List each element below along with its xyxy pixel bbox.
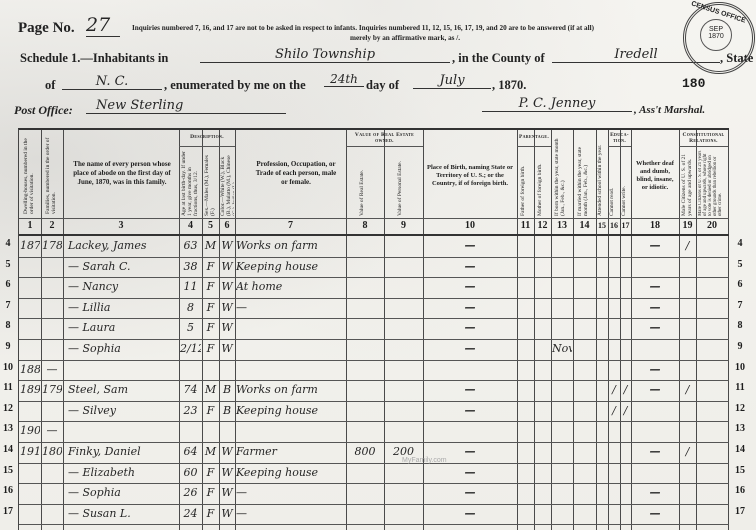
cell-birthplace: —: [424, 340, 516, 358]
col-header-3: The name of every person whose place of …: [69, 160, 175, 187]
cell-family: 180: [42, 443, 62, 461]
row-divider: [19, 421, 729, 422]
cell-citizen: /: [680, 443, 695, 461]
cell-birthplace: —: [424, 319, 516, 337]
col-num-2: 2: [41, 218, 63, 234]
col-num-8: 8: [346, 218, 384, 234]
township-field: Shilo Township: [200, 47, 450, 63]
cell-color: W: [220, 464, 234, 482]
col-header-15: Attended school within the year.: [597, 136, 607, 216]
cell-sex: F: [203, 505, 218, 523]
line-number-right: 16: [732, 485, 748, 496]
page-number: 27: [86, 14, 120, 37]
cell-infirmity: —: [632, 319, 678, 337]
cell-sex: F: [203, 464, 218, 482]
line-number-right: 10: [732, 362, 748, 373]
col-num-5: 5: [202, 218, 219, 234]
cell-age: 64: [180, 443, 201, 461]
cell-citizen: /: [680, 381, 695, 399]
cell-cannot-write: /: [621, 381, 630, 399]
post-office-label: Post Office:: [14, 103, 73, 118]
col-num-1: 1: [19, 218, 41, 234]
cell-name: — Lillia: [64, 299, 182, 317]
cell-infirmity: —: [632, 484, 678, 502]
stamp-number: 180: [682, 76, 705, 91]
year-label: , 1870.: [492, 78, 526, 93]
line-number-left: 17: [0, 506, 16, 517]
cell-born-month: Nov: [552, 340, 572, 358]
of-label: of: [45, 78, 55, 93]
cell-dwelling: 187: [20, 237, 40, 255]
line-number-right: 9: [732, 341, 748, 352]
cell-name: — Sophia: [64, 484, 182, 502]
col-num-11: 11: [517, 218, 534, 234]
cell-name: Finky, Daniel: [64, 443, 182, 461]
cell-age: 74: [180, 381, 201, 399]
inquiry-note: Inquiries numbered 7, 16, and 17 are not…: [132, 24, 594, 32]
cell-birthplace: —: [424, 237, 516, 255]
cell-color: W: [220, 237, 234, 255]
cell-infirmity: —: [632, 505, 678, 523]
stamp-date: SEP 1870: [700, 19, 732, 51]
col-num-7: 7: [235, 218, 346, 234]
census-office-stamp: CENSUS OFFICE SEP 1870: [683, 2, 755, 74]
line-number-right: 6: [732, 279, 748, 290]
cell-age: 38: [180, 258, 201, 276]
col-header-16: Cannot read.: [609, 170, 619, 216]
line-number-right: 4: [732, 238, 748, 249]
cell-sex: F: [203, 278, 218, 296]
col-header-12: Mother of foreign birth.: [537, 152, 549, 216]
col-header-5: Sex.—Males (M.), Females (F.): [204, 150, 218, 216]
cell-name: — Elizabeth: [64, 464, 182, 482]
line-number-left: 8: [0, 320, 16, 331]
month-field: July: [413, 73, 491, 89]
col-num-18: 18: [631, 218, 679, 234]
col-num-6: 6: [219, 218, 235, 234]
cell-name: Steel, Sam: [64, 381, 182, 399]
cell-birthplace: —: [424, 299, 516, 317]
watermark: MyFamily.com: [402, 457, 447, 464]
cell-occupation: —: [236, 484, 345, 502]
line-number-right: 7: [732, 300, 748, 311]
col-header-2: Families, numbered in the order of visit…: [45, 136, 61, 214]
col-header-13: If born within the year, state month (Ja…: [554, 136, 571, 216]
cell-age: 2/12: [180, 340, 201, 358]
cell-sex: M: [203, 237, 218, 255]
cell-occupation: Keeping house: [236, 258, 345, 276]
line-number-left: 14: [0, 444, 16, 455]
row-divider: [19, 524, 729, 525]
col-header-1: Dwelling-houses, numbered in the order o…: [23, 136, 39, 214]
line-number-left: 12: [0, 403, 16, 414]
group-parentage: Parentage.: [517, 134, 551, 140]
cell-dwelling: 189: [20, 381, 40, 399]
cell-family: 179: [42, 381, 62, 399]
cell-name: — Susan L.: [64, 505, 182, 523]
cell-birthplace: —: [424, 464, 516, 482]
cell-age: 24: [180, 505, 201, 523]
cell-color: W: [220, 505, 234, 523]
group-education: Educa-tion.: [608, 132, 631, 144]
cell-birthplace: —: [424, 258, 516, 276]
col-num-15: 15: [596, 218, 608, 234]
page-label: Page No.: [18, 20, 75, 37]
cell-cannot-read: /: [609, 381, 619, 399]
line-number-right: 15: [732, 465, 748, 476]
col-num-10: 10: [423, 218, 517, 234]
cell-age: 23: [180, 402, 201, 420]
col-num-9: 9: [384, 218, 423, 234]
cell-citizen: /: [680, 237, 695, 255]
cell-infirmity: —: [632, 443, 678, 461]
census-table: Description. Value of Real Estate owned.…: [18, 128, 729, 530]
cell-infirmity: —: [632, 381, 678, 399]
cell-sex: F: [203, 402, 218, 420]
line-number-right: 5: [732, 259, 748, 270]
cell-occupation: —: [236, 299, 345, 317]
cell-age: 8: [180, 299, 201, 317]
cell-color: W: [220, 443, 234, 461]
line-number-left: 11: [0, 382, 16, 393]
line-number-left: 15: [0, 465, 16, 476]
col-header-10: Place of Birth, naming State or Territor…: [427, 164, 513, 188]
cell-name: — Sophia: [64, 340, 182, 358]
cell-name: Lackey, James: [64, 237, 182, 255]
cell-infirmity: —: [632, 299, 678, 317]
stamp-year: 1870: [701, 33, 731, 40]
cell-name: — Nancy: [64, 278, 182, 296]
col-header-4: Age at last birth-day. If under 1 year, …: [181, 150, 201, 216]
cell-sex: F: [203, 299, 218, 317]
cell-birthplace: —: [424, 505, 516, 523]
cell-occupation: Keeping house: [236, 464, 345, 482]
cell-color: W: [220, 278, 234, 296]
col-num-13: 13: [551, 218, 573, 234]
col-header-7: Profession, Occupation, or Trade of each…: [255, 160, 337, 187]
cell-occupation: Keeping house: [236, 402, 345, 420]
cell-real-estate: 800: [347, 443, 383, 461]
group-real-estate: Value of Real Estate owned.: [346, 132, 423, 144]
cell-infirmity: —: [632, 361, 678, 379]
post-office-field: New Sterling: [86, 98, 286, 114]
cell-birthplace: —: [424, 484, 516, 502]
col-num-20: 20: [696, 218, 728, 234]
cell-color: W: [220, 319, 234, 337]
cell-color: W: [220, 258, 234, 276]
line-number-left: 9: [0, 341, 16, 352]
schedule-label: Schedule 1.—Inhabitants in: [20, 51, 168, 66]
line-number-left: 13: [0, 423, 16, 434]
marshal-signature: P. C. Jenney: [482, 96, 632, 112]
cell-occupation: At home: [236, 278, 345, 296]
county-label: , in the County of: [452, 51, 545, 66]
enumerated-label: , enumerated by me on the: [164, 78, 306, 93]
cell-occupation: Farmer: [236, 443, 345, 461]
cell-color: B: [220, 402, 234, 420]
cell-birthplace: —: [424, 381, 516, 399]
col-header-14: If married within the year, state month …: [577, 136, 594, 216]
cell-occupation: —: [236, 505, 345, 523]
row-divider: [19, 360, 729, 361]
cell-cannot-write: /: [621, 402, 630, 420]
marshal-label: , Ass't Marshal.: [634, 104, 705, 116]
cell-sex: F: [203, 484, 218, 502]
cell-age: 60: [180, 464, 201, 482]
group-description: Description.: [179, 134, 235, 140]
cell-name: — Silvey: [64, 402, 182, 420]
cell-dwelling: 191: [20, 443, 40, 461]
col-header-18: Whether deaf and dumb, blind, insane, or…: [633, 160, 677, 192]
line-number-left: 10: [0, 362, 16, 373]
cell-age: 26: [180, 484, 201, 502]
line-number-right: 11: [732, 382, 748, 393]
cell-family: —: [42, 361, 62, 379]
cell-sex: M: [203, 381, 218, 399]
cell-sex: F: [203, 340, 218, 358]
cell-infirmity: —: [632, 278, 678, 296]
cell-birthplace: —: [424, 278, 516, 296]
cell-color: W: [220, 299, 234, 317]
line-number-left: 16: [0, 485, 16, 496]
stamp-month: SEP: [701, 26, 731, 33]
line-number-left: 7: [0, 300, 16, 311]
col-header-11: Father of foreign birth.: [520, 152, 532, 216]
cell-color: W: [220, 340, 234, 358]
cell-name: — Laura: [64, 319, 182, 337]
day-of-label: day of: [366, 78, 399, 93]
cell-sex: M: [203, 443, 218, 461]
line-number-left: 5: [0, 259, 16, 270]
col-num-16: 16: [608, 218, 620, 234]
cell-age: 11: [180, 278, 201, 296]
cell-occupation: Works on farm: [236, 381, 345, 399]
cell-age: 5: [180, 319, 201, 337]
col-header-6: Color.—White (W.), Black (B.), Mulatto (…: [220, 150, 234, 216]
cell-infirmity: —: [632, 237, 678, 255]
col-header-8: Value of Real Estate.: [359, 160, 371, 216]
group-constitutional: Constitutional Relations.: [679, 132, 728, 144]
col-num-12: 12: [534, 218, 551, 234]
col-num-19: 19: [679, 218, 696, 234]
inquiry-note-2: merely by an affirmative mark, as /.: [350, 34, 460, 42]
line-number-left: 4: [0, 238, 16, 249]
state-field: N. C.: [62, 74, 162, 90]
line-number-right: 13: [732, 423, 748, 434]
cell-cannot-read: /: [609, 402, 619, 420]
cell-name: — Sarah C.: [64, 258, 182, 276]
cell-sex: F: [203, 258, 218, 276]
col-num-14: 14: [573, 218, 596, 234]
col-num-3: 3: [63, 218, 179, 234]
cell-age: 63: [180, 237, 201, 255]
cell-dwelling: 190: [20, 422, 40, 440]
col-header-9: Value of Personal Estate.: [397, 154, 409, 216]
line-number-right: 8: [732, 320, 748, 331]
cell-color: B: [220, 381, 234, 399]
col-header-17: Cannot write.: [621, 170, 631, 216]
cell-family: 178: [42, 237, 62, 255]
day-field: 24th: [324, 72, 364, 87]
col-header-19: Male Citizens of U. S. of 21 years of ag…: [681, 150, 695, 216]
col-header-20: Male Citizens of U. S. of 21 years of ag…: [698, 150, 726, 216]
cell-family: —: [42, 422, 62, 440]
line-number-right: 14: [732, 444, 748, 455]
cell-sex: F: [203, 319, 218, 337]
cell-occupation: Works on farm: [236, 237, 345, 255]
line-number-left: 6: [0, 279, 16, 290]
cell-dwelling: 188: [20, 361, 40, 379]
col-num-17: 17: [620, 218, 631, 234]
cell-color: W: [220, 484, 234, 502]
line-number-right: 12: [732, 403, 748, 414]
cell-birthplace: —: [424, 402, 516, 420]
line-number-right: 17: [732, 506, 748, 517]
col-num-4: 4: [179, 218, 202, 234]
